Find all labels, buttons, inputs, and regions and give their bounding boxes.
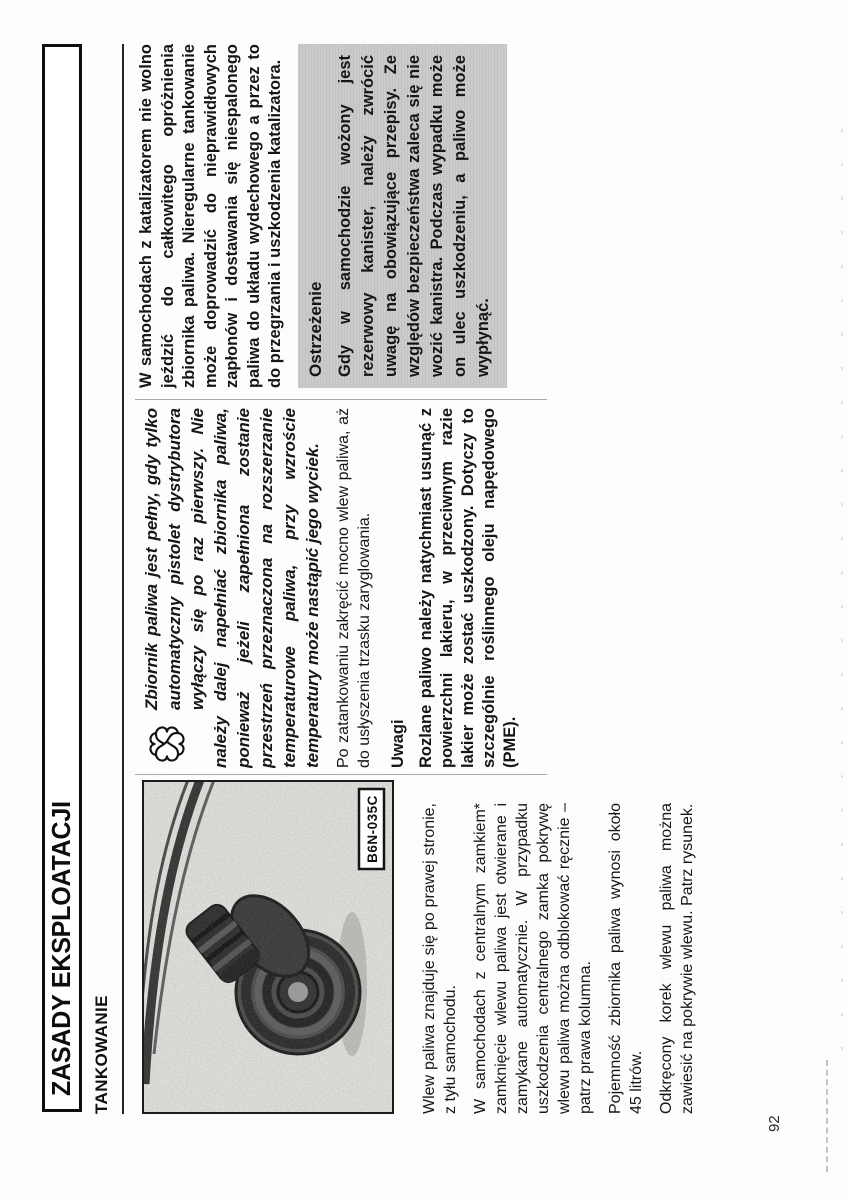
- paragraph-catalyst: W samochodach z katalizatorem nie wolno …: [136, 44, 287, 388]
- paragraph-cap-hang: Odkręcony korek wlewu paliwa można zawie…: [656, 803, 698, 1114]
- scan-edge-dots: [841, 110, 843, 1050]
- section-rule: [122, 44, 124, 1114]
- column-right: W samochodach z katalizatorem nie wolno …: [136, 44, 507, 388]
- warning-box: Ostrzeżenie Gdy w samochodzie wożony jes…: [298, 44, 507, 388]
- eco-note: Zbiornik paliwa jest pełny, gdy tylko au…: [140, 408, 324, 768]
- scan-grain: [144, 782, 392, 1112]
- fuel-filler-illustration: B6N-035C: [144, 782, 392, 1112]
- paragraph-close-cap: Po zatankowaniu zakręcić mocno wlew pali…: [333, 408, 375, 768]
- scanned-manual-page: ZASADY EKSPLOATACJI TANKOWANIE: [0, 0, 848, 1200]
- photo-label-text: B6N-035C: [365, 795, 380, 863]
- paragraph-tank-capacity: Pojemność zbiornika paliwa wynosi około …: [605, 803, 647, 1114]
- paragraph-central-locking: W samochodach z centralnym zamkiem* zamk…: [470, 803, 596, 1114]
- paragraph-filler-location: Wlew paliwa znajduje się po prawej stron…: [419, 803, 461, 1114]
- column-left: Wlew paliwa znajduje się po prawej stron…: [419, 803, 707, 1114]
- chapter-title: ZASADY EKSPLOATACJI: [47, 801, 77, 1096]
- four-leaf-clover-icon: [144, 720, 190, 768]
- notes-heading: Uwagi: [389, 408, 408, 768]
- page-number: 92: [766, 1115, 783, 1132]
- photo-label: B6N-035C: [359, 789, 384, 869]
- eco-note-text: Zbiornik paliwa jest pełny, gdy tylko au…: [142, 408, 322, 768]
- warning-heading: Ostrzeżenie: [306, 55, 326, 377]
- page: ZASADY EKSPLOATACJI TANKOWANIE: [0, 0, 848, 1200]
- paragraph-spilled-fuel: Rozlane paliwo należy natychmiast usunąć…: [416, 408, 521, 768]
- scan-edge-artifact: [826, 1060, 828, 1172]
- column-divider-left: [135, 774, 547, 775]
- warning-text: Gdy w samochodzie wożony jest rezerwowy …: [334, 55, 495, 377]
- section-title: TANKOWANIE: [92, 995, 112, 1114]
- fuel-filler-photo: B6N-035C: [142, 780, 394, 1114]
- chapter-title-bar: ZASADY EKSPLOATACJI: [42, 44, 82, 1112]
- column-divider-right: [135, 399, 547, 400]
- column-middle: Zbiornik paliwa jest pełny, gdy tylko au…: [140, 408, 521, 768]
